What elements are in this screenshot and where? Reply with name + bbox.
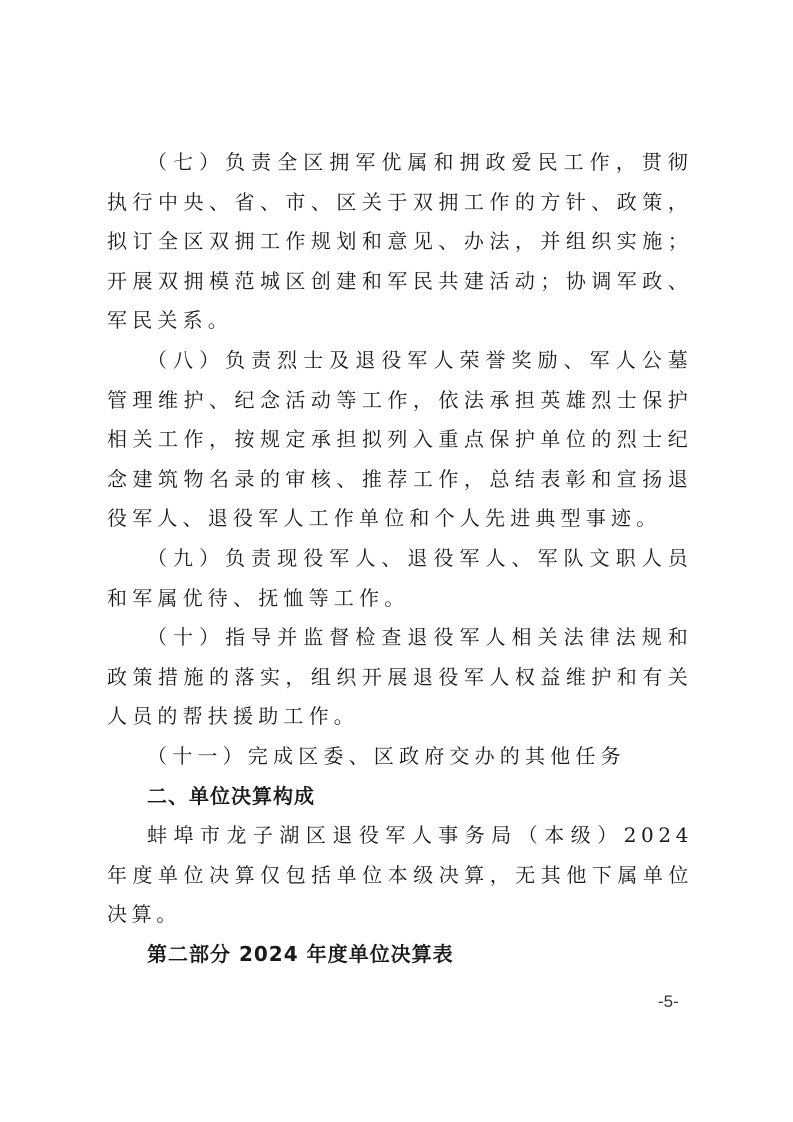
paragraph-unit-composition: 蚌埠市龙子湖区退役军人事务局（本级）2024 年度单位决算仅包括单位本级决算，无… bbox=[107, 816, 693, 935]
paragraph-item-9: （九）负责现役军人、退役军人、军队文职人员和军属优待、抚恤等工作。 bbox=[107, 539, 693, 618]
document-page: （七）负责全区拥军优属和拥政爱民工作，贯彻执行中央、省、市、区关于双拥工作的方针… bbox=[107, 143, 693, 974]
paragraph-item-8: （八）负责烈士及退役军人荣誉奖励、军人公墓管理维护、纪念活动等工作，依法承担英雄… bbox=[107, 341, 693, 539]
page-number: -5- bbox=[658, 992, 679, 1012]
paragraph-item-11: （十一）完成区委、区政府交办的其他任务 bbox=[107, 737, 693, 777]
paragraph-item-7: （七）负责全区拥军优属和拥政爱民工作，贯彻执行中央、省、市、区关于双拥工作的方针… bbox=[107, 143, 693, 341]
section-heading-unit-composition: 二、单位决算构成 bbox=[107, 777, 693, 817]
part-two-heading: 第二部分 2024 年度单位决算表 bbox=[107, 935, 693, 975]
paragraph-item-10: （十）指导并监督检查退役军人相关法律法规和政策措施的落实，组织开展退役军人权益维… bbox=[107, 618, 693, 737]
